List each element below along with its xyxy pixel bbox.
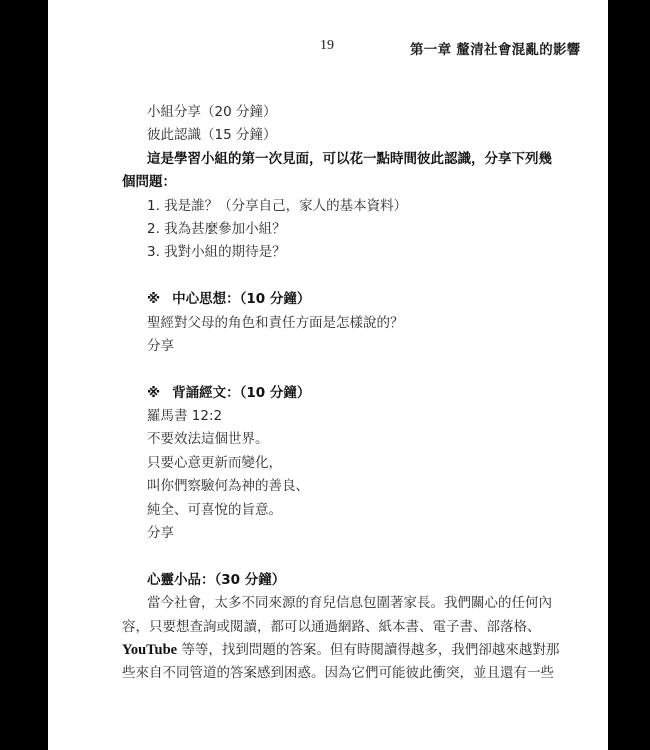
devotional-line-text: 等等，找到問題的答案。但有時閱讀得越多，我們卻越來越對那 [181, 642, 559, 658]
spacer [122, 265, 538, 288]
document-body: 小組分享（20 分鐘） 彼此認識（15 分鐘） 這是學習小組的第一次見面，可以花… [122, 101, 538, 686]
reference-mark-icon: ※ [147, 291, 160, 307]
devotional-paragraph-line: 些來自不同管道的答案感到困惑。因為它們可能彼此衝突，並且還有一些 [122, 662, 538, 685]
memory-verse-heading: ※背誦經文：（10 分鐘） [122, 382, 538, 405]
youtube-word: YouTube [122, 642, 177, 658]
running-header: 19 第一章 釐清社會混亂的影響 [48, 38, 608, 58]
intro-paragraph-line: 個問題： [122, 171, 538, 194]
share-label: 分享 [122, 335, 538, 358]
page-number: 19 [320, 38, 334, 54]
reference-mark-icon: ※ [147, 385, 160, 401]
central-thought-title: 中心思想：（10 分鐘） [172, 291, 310, 307]
question-item: 2. 我為甚麼參加小組？ [122, 218, 538, 241]
devotional-paragraph-line: YouTube 等等，找到問題的答案。但有時閱讀得越多，我們卻越來越對那 [122, 639, 538, 662]
share-label: 分享 [122, 522, 538, 545]
schedule-item-introductions: 彼此認識（15 分鐘） [122, 124, 538, 147]
chapter-title: 第一章 釐清社會混亂的影響 [410, 38, 581, 58]
spacer [122, 358, 538, 381]
memory-verse-title: 背誦經文：（10 分鐘） [172, 385, 310, 401]
question-item: 3. 我對小組的期待是？ [122, 241, 538, 264]
spacer [122, 545, 538, 568]
verse-line: 純全、可喜悅的旨意。 [122, 499, 538, 522]
devotional-paragraph-line: 當今社會，太多不同來源的育兒信息包圍著家長。我們關心的任何內 [122, 592, 538, 615]
document-page: 19 第一章 釐清社會混亂的影響 小組分享（20 分鐘） 彼此認識（15 分鐘）… [48, 0, 608, 750]
verse-line: 只要心意更新而變化， [122, 452, 538, 475]
devotional-heading: 心靈小品：（30 分鐘） [122, 569, 538, 592]
verse-line: 叫你們察驗何為神的善良、 [122, 475, 538, 498]
devotional-paragraph-line: 容，只要想查詢或閱讀，都可以通過網路、紙本書、電子書、部落格、 [122, 616, 538, 639]
central-thought-heading: ※中心思想：（10 分鐘） [122, 288, 538, 311]
schedule-item-sharing: 小組分享（20 分鐘） [122, 101, 538, 124]
question-item: 1. 我是誰？（分享自己，家人的基本資料） [122, 195, 538, 218]
intro-paragraph-line: 這是學習小組的第一次見面，可以花一點時間彼此認識，分享下列幾 [122, 148, 538, 171]
verse-line: 不要效法這個世界。 [122, 428, 538, 451]
central-thought-question: 聖經對父母的角色和責任方面是怎樣說的？ [122, 312, 538, 335]
verse-reference: 羅馬書 12:2 [122, 405, 538, 428]
